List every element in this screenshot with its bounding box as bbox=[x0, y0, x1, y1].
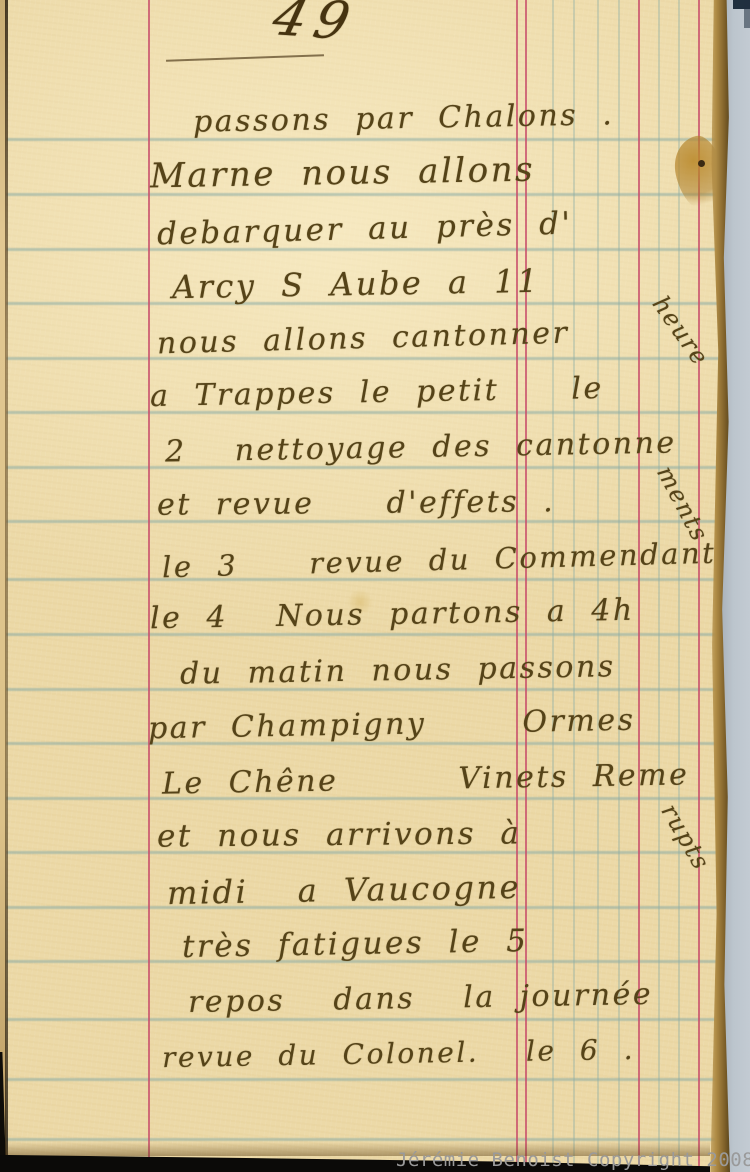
handwriting-line: nous allons cantonner bbox=[157, 319, 570, 360]
spine-crease bbox=[5, 0, 8, 1172]
handwriting-line: Arcy S Aube a 11 bbox=[172, 265, 540, 303]
handwriting-line: 2 nettoyage des cantonne bbox=[165, 429, 677, 468]
horizontal-rule bbox=[6, 248, 722, 251]
top-right-scan-corner-shade bbox=[744, 0, 750, 28]
handwriting-line: et revue d'effets . bbox=[157, 487, 556, 520]
horizontal-rule bbox=[6, 633, 722, 636]
handwriting-line: Le Chêne Vinets Reme bbox=[162, 760, 690, 799]
handwriting-line: par Champigny Ormes bbox=[148, 706, 636, 745]
horizontal-rule bbox=[6, 1138, 722, 1141]
stain-speck bbox=[698, 160, 705, 167]
horizontal-rule bbox=[6, 411, 722, 414]
horizontal-rule bbox=[6, 193, 722, 196]
horizontal-rule bbox=[6, 466, 722, 469]
scanned-notebook-page: 49 passons par Chalons .Marne nous allon… bbox=[0, 0, 750, 1172]
handwriting-line: du matin nous passons bbox=[180, 652, 616, 690]
handwriting-margin-overflow: ments bbox=[653, 462, 713, 546]
handwriting-line: très fatigues le 5 bbox=[182, 926, 529, 963]
horizontal-rule bbox=[6, 1018, 722, 1021]
handwriting-line: a Trappes le petit le bbox=[150, 374, 604, 412]
handwriting-margin-overflow: rupts bbox=[657, 800, 714, 874]
horizontal-rule bbox=[6, 138, 722, 141]
handwriting-line: passons par Chalons . bbox=[193, 100, 615, 137]
handwriting-line: revue du Colonel. le 6 . bbox=[162, 1036, 635, 1072]
handwriting-line: le 4 Nous partons a 4h bbox=[150, 596, 635, 634]
handwriting-line: repos dans la journée bbox=[188, 980, 654, 1018]
copyright-watermark: Jérémie Benoist Copyright 2008 bbox=[396, 1149, 750, 1171]
page-number: 49 bbox=[267, 0, 364, 52]
column-rule-line bbox=[658, 0, 660, 1172]
handwriting-line: le 3 revue du Commendant bbox=[162, 539, 717, 583]
handwriting-line: et nous arrivons à bbox=[157, 818, 522, 852]
handwriting-line: Marne nous allons bbox=[150, 153, 536, 194]
page-number-underline bbox=[166, 54, 324, 62]
handwriting-line: midi a Vaucogne bbox=[167, 871, 521, 909]
handwriting-line: debarquer au près d' bbox=[157, 209, 573, 251]
horizontal-rule bbox=[6, 1078, 722, 1081]
horizontal-rule bbox=[6, 357, 722, 360]
